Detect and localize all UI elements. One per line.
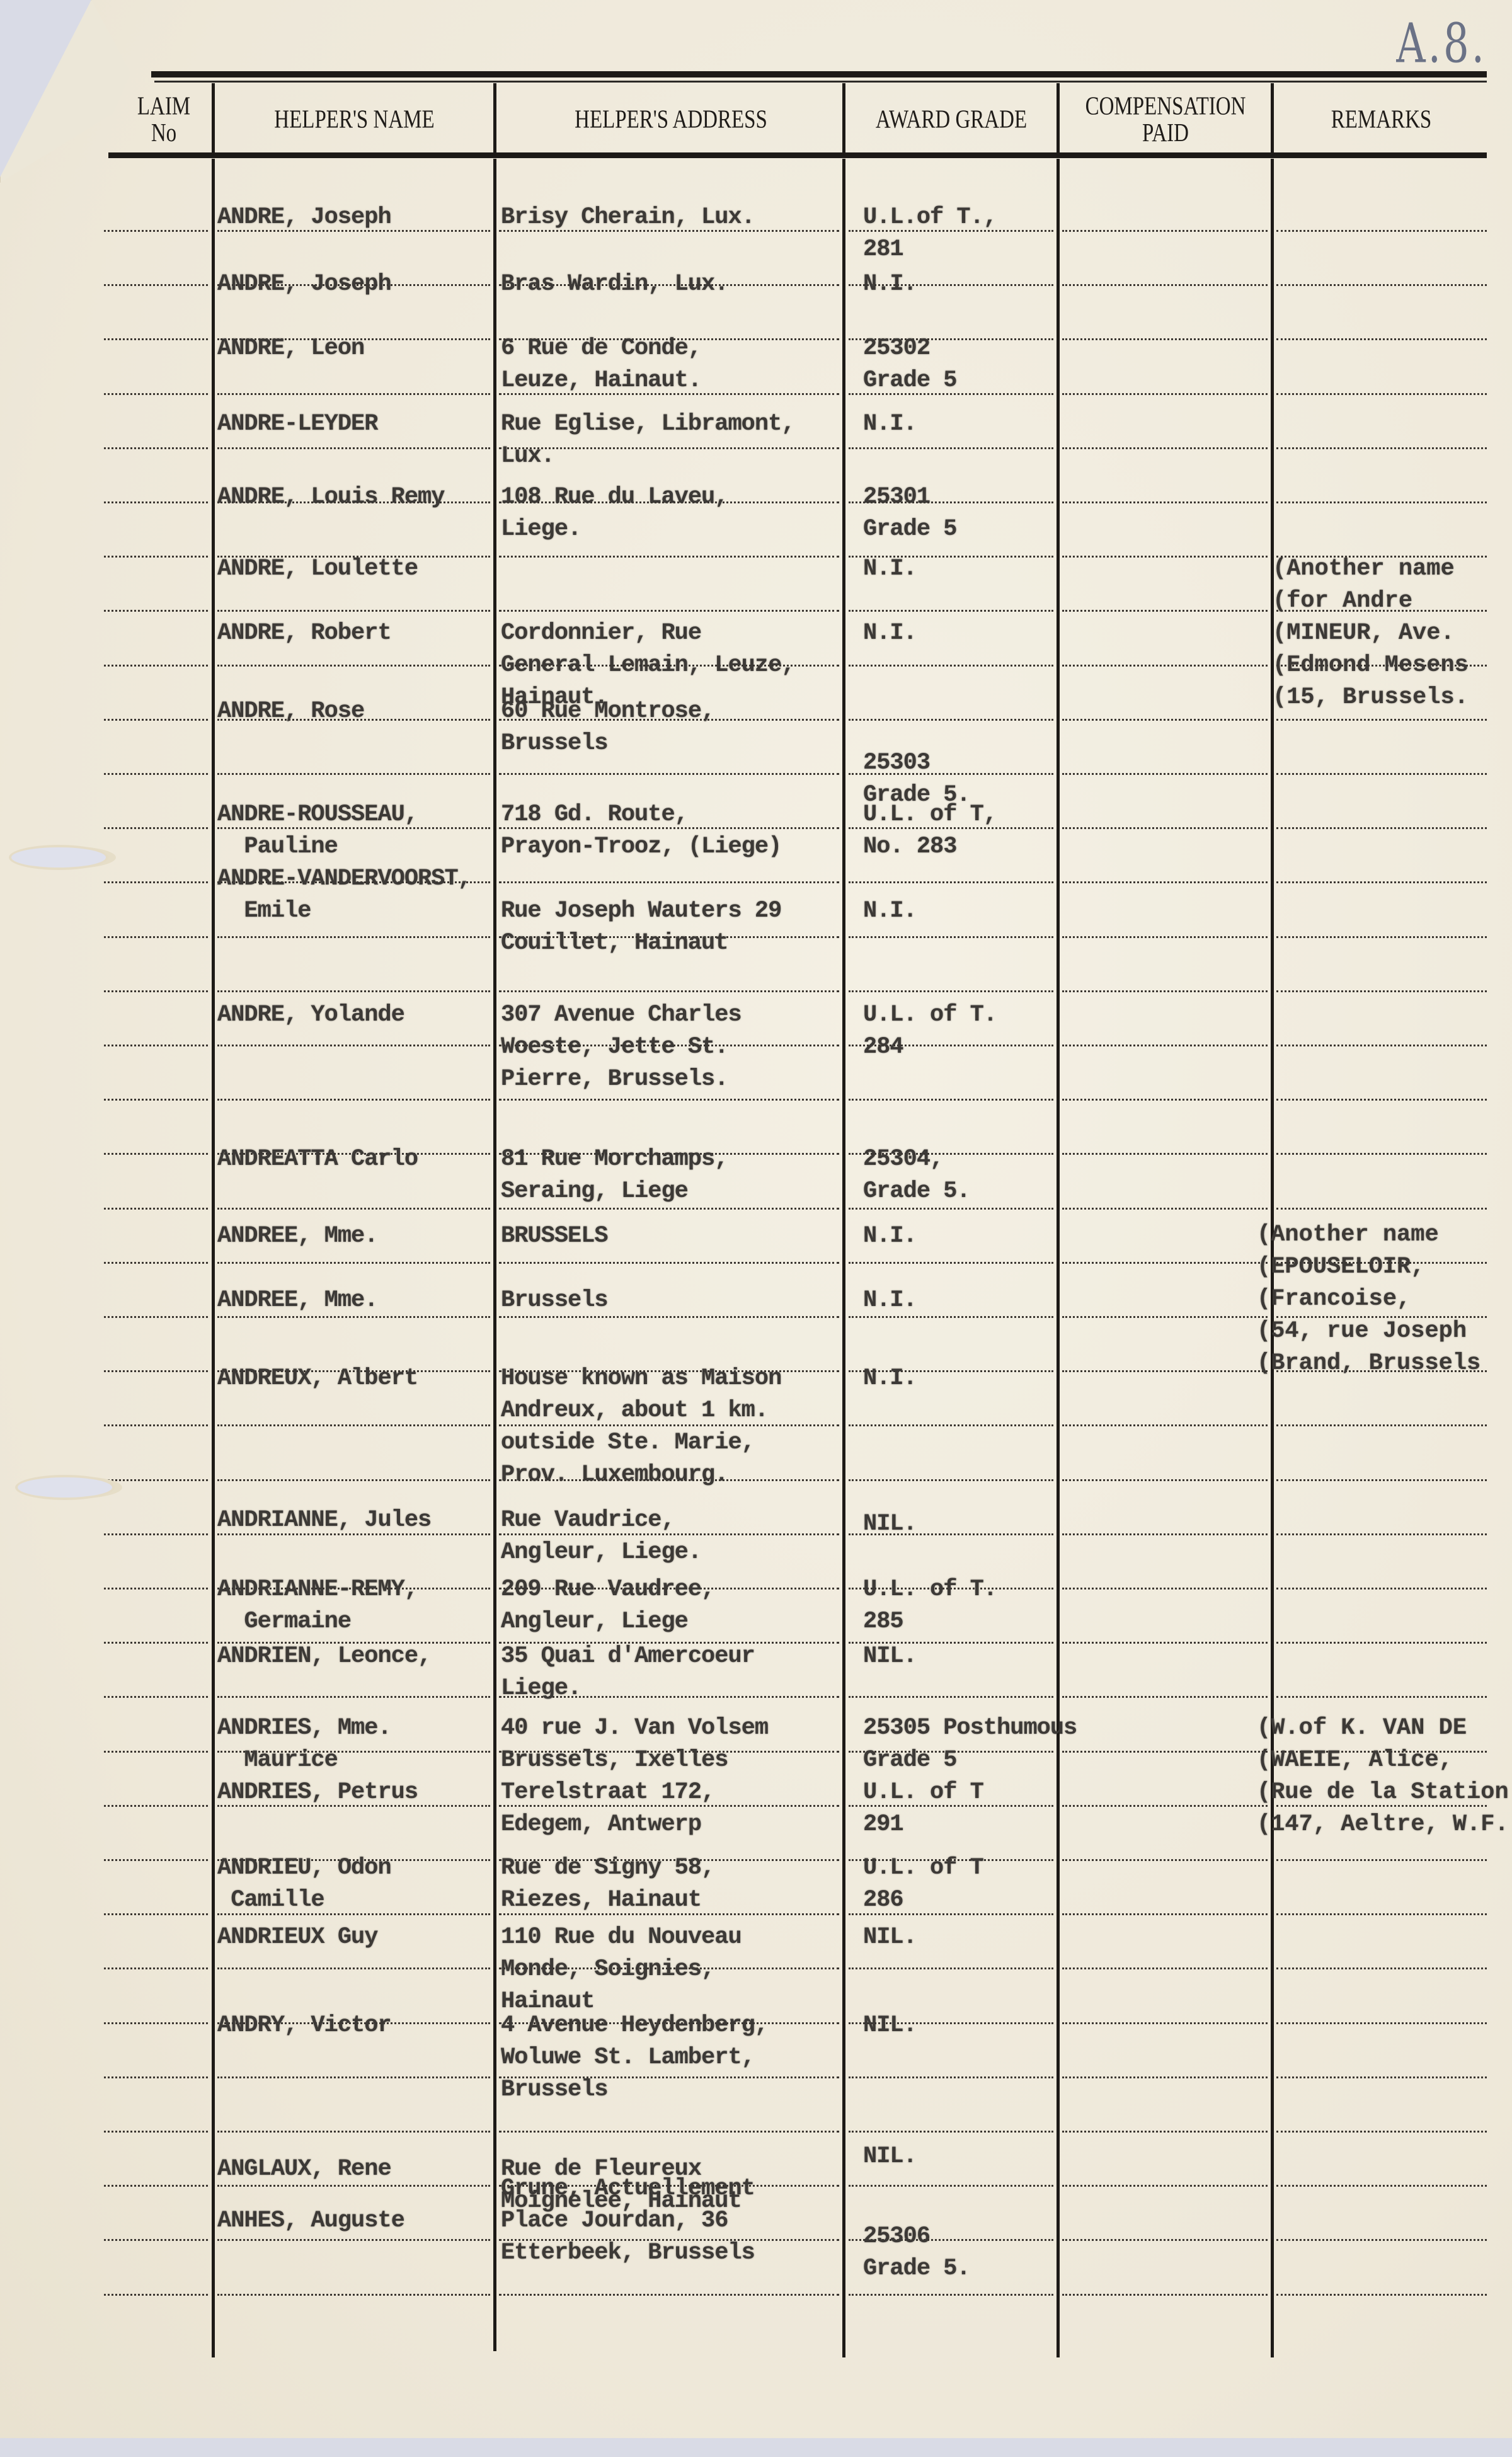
ruled-line xyxy=(849,881,1053,883)
award-grade: N.I. xyxy=(863,553,917,585)
ruled-line xyxy=(1276,881,1487,883)
ruled-line xyxy=(104,1153,208,1155)
award-grade: N.I. xyxy=(863,408,917,440)
ruled-line xyxy=(1062,2294,1268,2296)
helper-name: ANDRE-ROUSSEAU, xyxy=(217,799,418,831)
ruled-line xyxy=(1062,1370,1268,1372)
helper-address: Grune, Actuellement xyxy=(501,2173,755,2205)
award-grade: Grade 5 xyxy=(863,513,956,546)
ruled-line xyxy=(104,1859,208,1861)
ruled-line xyxy=(217,1424,490,1426)
helper-address: 6 Rue de Conde, xyxy=(501,333,701,365)
helper-name: ANDRIANNE, Jules xyxy=(217,1504,431,1537)
ruled-line xyxy=(1276,2294,1487,2296)
ruled-line xyxy=(104,447,208,449)
helper-address: Edegem, Antwerp xyxy=(501,1809,701,1841)
ruled-line xyxy=(1276,1099,1487,1101)
award-grade: N.I. xyxy=(863,617,917,650)
ruled-line xyxy=(217,1696,490,1698)
ruled-line xyxy=(1062,665,1268,667)
ruled-line xyxy=(499,556,839,558)
ruled-line xyxy=(104,1967,208,1969)
ruled-line xyxy=(104,1424,208,1426)
award-grade: 291 xyxy=(863,1809,903,1841)
award-grade: 25305 Posthumous xyxy=(863,1712,1077,1744)
punch-hole-bottom xyxy=(18,1477,112,1498)
helper-address: Liege. xyxy=(501,1673,581,1705)
helper-name: ANDRE, Rose xyxy=(217,696,364,728)
award-grade: Grade 5. xyxy=(863,1176,970,1208)
ruled-line xyxy=(849,1424,1053,1426)
ruled-line xyxy=(1276,1153,1487,1155)
award-grade: NIL. xyxy=(863,2010,917,2042)
ruled-line xyxy=(104,881,208,883)
ruled-line xyxy=(849,990,1053,992)
award-grade: U.L. of T. xyxy=(863,999,997,1031)
helper-address: Liege. xyxy=(501,513,581,546)
ruled-line xyxy=(104,2239,208,2241)
ruled-line xyxy=(1062,1913,1268,1915)
helper-address: Lux. xyxy=(501,440,554,472)
helper-name: ANDRE, Joseph xyxy=(217,202,391,234)
award-grade: No. 283 xyxy=(863,831,956,863)
helper-name: ANDREATTA Carlo xyxy=(217,1143,418,1176)
ruled-line xyxy=(1062,1208,1268,1210)
ruled-line xyxy=(1062,501,1268,503)
helper-name: ANDREE, Mme. xyxy=(217,1285,377,1317)
award-grade: Grade 5. xyxy=(863,2253,970,2285)
ruled-line xyxy=(1062,610,1268,612)
ruled-line xyxy=(1062,1751,1268,1753)
helper-address: Prayon-Trooz, (Liege) xyxy=(501,831,781,863)
ruled-line xyxy=(104,1370,208,1372)
ruled-line xyxy=(1062,1967,1268,1969)
helper-name: ANDRE-VANDERVOORST, xyxy=(217,863,471,895)
ruled-line xyxy=(104,990,208,992)
ruled-line xyxy=(1062,990,1268,992)
ruled-line xyxy=(217,2239,490,2241)
header-divider-2 xyxy=(493,83,496,152)
ruled-line xyxy=(217,1967,490,1969)
helper-name: ANDRE, Robert xyxy=(217,617,391,650)
ruled-line xyxy=(1276,2185,1487,2187)
remark-line: (15, Brussels. xyxy=(1273,682,1469,714)
helper-name: ANHES, Auguste xyxy=(217,2205,404,2237)
helper-address: 4 Avenue Heydenberg, xyxy=(501,2010,768,2042)
ruled-line xyxy=(1062,1588,1268,1589)
ruled-line xyxy=(849,719,1053,721)
ruled-line xyxy=(1276,1479,1487,1481)
helper-address: 35 Quai d'Amercoeur xyxy=(501,1641,755,1673)
ruled-line xyxy=(104,230,208,232)
ruled-line xyxy=(217,990,490,992)
ruled-line xyxy=(104,2131,208,2133)
helper-address: Couillet, Hainaut xyxy=(501,927,728,959)
page-number: A.8. xyxy=(1396,13,1487,76)
ruled-line xyxy=(499,2131,839,2133)
ruled-line xyxy=(1062,2131,1268,2133)
helper-name: ANDRE, Joseph xyxy=(217,268,391,301)
ruled-line xyxy=(217,2294,490,2296)
ruled-line xyxy=(849,1262,1053,1264)
helper-name: ANDRY, Victor xyxy=(217,2010,391,2042)
award-grade: 25306 xyxy=(863,2221,930,2253)
helper-address: 209 Rue Vaudree, xyxy=(501,1574,714,1606)
ruled-line xyxy=(1276,1859,1487,1861)
remark-line: (Another name xyxy=(1273,553,1455,585)
ruled-line xyxy=(1062,1316,1268,1318)
award-grade: NIL. xyxy=(863,1921,917,1954)
body-divider-2 xyxy=(493,159,496,2351)
ruled-line xyxy=(104,1208,208,1210)
ruled-line xyxy=(849,610,1053,612)
ruled-line xyxy=(1062,1805,1268,1807)
remark-line: (147, Aeltre, W.F. xyxy=(1257,1809,1509,1841)
ruled-line xyxy=(849,1479,1053,1481)
ruled-line xyxy=(1062,556,1268,558)
helper-address: 108 Rue du Laveu, xyxy=(501,481,728,513)
award-grade: N.I. xyxy=(863,1363,917,1395)
helper-address: Terelstraat 172, xyxy=(501,1777,714,1809)
ruled-line xyxy=(499,773,839,775)
ruled-line xyxy=(104,610,208,612)
remark-line: (54, rue Joseph xyxy=(1257,1315,1467,1348)
ruled-line xyxy=(1062,1642,1268,1644)
column-header-address: HELPER'S ADDRESS xyxy=(498,76,844,163)
ruled-line xyxy=(499,610,839,612)
ruled-line xyxy=(499,1208,839,1210)
ruled-line xyxy=(1276,719,1487,721)
ruled-line xyxy=(217,393,490,395)
helper-name: ANDRE, Yolande xyxy=(217,999,404,1031)
ruled-line xyxy=(1276,393,1487,395)
helper-address: Bras Wardin, Lux. xyxy=(501,268,728,301)
helper-address: Seraing, Liege xyxy=(501,1176,688,1208)
ruled-line xyxy=(1276,990,1487,992)
helper-address: Place Jourdan, 36 xyxy=(501,2205,728,2237)
column-header-compensation-label: COMPENSATION xyxy=(1085,93,1246,120)
helper-address: Angleur, Liege xyxy=(501,1606,688,1638)
column-header-remarks-label: REMARKS xyxy=(1331,106,1432,134)
remark-line: (Another name xyxy=(1257,1219,1439,1251)
ruled-line xyxy=(1062,230,1268,232)
ruled-line xyxy=(104,1805,208,1807)
helper-address: Cordonnier, Rue xyxy=(501,617,701,650)
award-grade: 25303 xyxy=(863,747,930,779)
ruled-line xyxy=(217,665,490,667)
column-header-address-label: HELPER'S ADDRESS xyxy=(575,106,767,134)
ruled-line xyxy=(1062,773,1268,775)
ruled-line xyxy=(1276,230,1487,232)
ruled-line xyxy=(1062,1045,1268,1046)
column-header-claim-no: LAIM No xyxy=(123,76,205,163)
ruled-line xyxy=(1062,338,1268,340)
ruled-line xyxy=(1276,2131,1487,2133)
ruled-line xyxy=(1276,2239,1487,2241)
award-grade: 25304, xyxy=(863,1143,943,1176)
award-grade: 284 xyxy=(863,1031,903,1063)
helper-address: 718 Gd. Route, xyxy=(501,799,688,831)
ruled-line xyxy=(849,447,1053,449)
column-header-claim-label: LAIM xyxy=(137,93,190,120)
ruled-line xyxy=(1062,1479,1268,1481)
remark-line: (Edmond Mesens xyxy=(1273,650,1469,682)
helper-address: Angleur, Liege. xyxy=(501,1537,701,1569)
ruled-line xyxy=(1062,719,1268,721)
helper-address: 40 rue J. Van Volsem xyxy=(501,1712,768,1744)
ruled-line xyxy=(1062,936,1268,938)
ruled-line xyxy=(104,1533,208,1535)
ruled-line xyxy=(1062,881,1268,883)
award-grade: U.L.of T., xyxy=(863,202,997,234)
ruled-line xyxy=(1062,1859,1268,1861)
remark-line: (MINEUR, Ave. xyxy=(1273,617,1455,650)
award-grade: N.I. xyxy=(863,268,917,301)
ruled-line xyxy=(217,1099,490,1101)
ruled-line xyxy=(104,556,208,558)
ruled-line xyxy=(1276,827,1487,829)
ruled-line xyxy=(104,338,208,340)
ruled-line xyxy=(104,2294,208,2296)
ruled-line xyxy=(104,1479,208,1481)
helper-address: BRUSSELS xyxy=(501,1220,608,1252)
ruled-line xyxy=(104,1751,208,1753)
helper-name: Maurice xyxy=(217,1744,338,1777)
helper-address: Rue Vaudrice, xyxy=(501,1504,675,1537)
ruled-line xyxy=(104,936,208,938)
column-header-award: AWARD GRADE xyxy=(847,76,1055,163)
award-grade: N.I. xyxy=(863,895,917,927)
award-grade: N.I. xyxy=(863,1220,917,1252)
helper-name: Germaine xyxy=(217,1606,351,1638)
helper-address: Brussels xyxy=(501,728,608,760)
remark-line: (Brand, Brussels xyxy=(1257,1348,1480,1380)
helper-name: ANDREE, Mme. xyxy=(217,1220,377,1252)
helper-address: 81 Rue Morchamps, xyxy=(501,1143,728,1176)
ruled-line xyxy=(104,827,208,829)
body-divider-1 xyxy=(212,159,215,2357)
ruled-line xyxy=(499,990,839,992)
ruled-line xyxy=(104,665,208,667)
ruled-line xyxy=(217,447,490,449)
helper-address: 60 Rue Montrose, xyxy=(501,696,714,728)
helper-address: Rue de Signy 58, xyxy=(501,1852,714,1884)
ruled-line xyxy=(217,936,490,938)
ruled-line xyxy=(104,1913,208,1915)
ruled-line xyxy=(1062,447,1268,449)
ruled-line xyxy=(1062,1696,1268,1698)
award-grade: Grade 5 xyxy=(863,365,956,397)
helper-address: Woluwe St. Lambert, xyxy=(501,2042,755,2074)
award-grade: U.L. of T xyxy=(863,1777,983,1809)
helper-name: ANDREUX, Albert xyxy=(217,1363,418,1395)
ruled-line xyxy=(217,1045,490,1046)
column-header-name: HELPER'S NAME xyxy=(214,76,495,163)
ruled-line xyxy=(1062,2239,1268,2241)
column-header-name-label: HELPER'S NAME xyxy=(274,106,434,134)
award-grade: U.L. of T, xyxy=(863,799,997,831)
helper-name: ANDRE-LEYDER xyxy=(217,408,377,440)
helper-name: Emile xyxy=(217,895,311,927)
ruled-line xyxy=(1276,501,1487,503)
helper-address: 307 Avenue Charles xyxy=(501,999,742,1031)
ruled-line xyxy=(1276,2022,1487,2024)
award-grade: NIL. xyxy=(863,2141,917,2173)
header-divider-5 xyxy=(1271,83,1274,152)
ruled-line xyxy=(1276,773,1487,775)
ruled-line xyxy=(1276,1208,1487,1210)
ruled-line xyxy=(104,2185,208,2187)
body-divider-3 xyxy=(842,159,845,2357)
helper-name: Pauline xyxy=(217,831,338,863)
helper-address: Pierre, Brussels. xyxy=(501,1063,728,1096)
award-grade: U.L. of T xyxy=(863,1852,983,1884)
column-header-award-label: AWARD GRADE xyxy=(876,106,1027,134)
ruled-line xyxy=(1062,1424,1268,1426)
ruled-line xyxy=(104,2022,208,2024)
award-grade: Grade 5 xyxy=(863,1744,956,1777)
ruled-line xyxy=(1062,284,1268,286)
ruled-line xyxy=(217,2131,490,2133)
ruled-line xyxy=(1276,936,1487,938)
remark-line: (WAEIE, Alice, xyxy=(1257,1744,1453,1777)
helper-address: Rue Joseph Wauters 29 xyxy=(501,895,781,927)
ruled-line xyxy=(1062,393,1268,395)
helper-address: Brussels, Ixelles xyxy=(501,1744,728,1777)
helper-address: Etterbeek, Brussels xyxy=(501,2237,755,2269)
helper-address: Andreux, about 1 km. xyxy=(501,1395,768,1427)
remark-line: (Rue de la Station xyxy=(1257,1777,1509,1809)
column-header-no-label: No xyxy=(151,120,176,147)
helper-name: ANDRE, Louis Remy xyxy=(217,481,444,513)
ruled-line xyxy=(217,610,490,612)
remark-line: (for Andre xyxy=(1273,585,1412,617)
award-grade: 25301 xyxy=(863,481,930,513)
ruled-line xyxy=(104,1045,208,1046)
header-divider-1 xyxy=(212,83,215,152)
header-divider-4 xyxy=(1057,83,1060,152)
ruled-line xyxy=(104,1262,208,1264)
remark-line: (Francoise, xyxy=(1257,1283,1411,1315)
ruled-line xyxy=(849,936,1053,938)
ruled-line xyxy=(1276,1913,1487,1915)
ruled-line xyxy=(849,1696,1053,1698)
column-header-remarks: REMARKS xyxy=(1276,76,1487,163)
ruled-line xyxy=(1276,1642,1487,1644)
ruled-line xyxy=(217,1479,490,1481)
ruled-line xyxy=(849,1208,1053,1210)
ruled-line xyxy=(849,2185,1053,2187)
ruled-line xyxy=(217,2076,490,2078)
helper-address: Rue Eglise, Libramont, xyxy=(501,408,794,440)
ruled-line xyxy=(1062,1262,1268,1264)
ruled-line xyxy=(1276,1045,1487,1046)
helper-name: ANGLAUX, Rene xyxy=(217,2153,391,2185)
helper-name: ANDRIES, Petrus xyxy=(217,1777,418,1809)
ruled-line xyxy=(104,284,208,286)
ruled-line xyxy=(217,1262,490,1264)
ruled-line xyxy=(104,1642,208,1644)
ruled-line xyxy=(1062,1533,1268,1535)
remark-line: (W.of K. VAN DE xyxy=(1257,1712,1467,1744)
ruled-line xyxy=(1276,1424,1487,1426)
ruled-line xyxy=(1276,1967,1487,1969)
helper-address: Brussels xyxy=(501,2074,608,2106)
column-header-compensation: COMPENSATION PAID xyxy=(1062,76,1269,163)
helper-address: 110 Rue du Nouveau xyxy=(501,1921,742,1954)
ruled-line xyxy=(104,501,208,503)
award-grade: 286 xyxy=(863,1884,903,1916)
ruled-line xyxy=(1062,1153,1268,1155)
ruled-line xyxy=(217,773,490,775)
ruled-line xyxy=(104,2076,208,2078)
ruled-line xyxy=(104,773,208,775)
ruled-line xyxy=(499,1262,839,1264)
ruled-line xyxy=(104,1099,208,1101)
ruled-line xyxy=(1276,338,1487,340)
award-grade: 25302 xyxy=(863,333,930,365)
ruled-line xyxy=(849,1099,1053,1101)
ruled-line xyxy=(1276,447,1487,449)
helper-name: ANDRE, Loulette xyxy=(217,553,418,585)
column-header-paid-label: PAID xyxy=(1142,120,1189,147)
ruled-line xyxy=(499,881,839,883)
ruled-line xyxy=(104,393,208,395)
helper-address: Prov. Luxembourg. xyxy=(501,1459,728,1491)
ruled-line xyxy=(499,1099,839,1101)
ruled-line xyxy=(849,665,1053,667)
helper-address: outside Ste. Marie, xyxy=(501,1427,755,1459)
helper-address: House known as Maison xyxy=(501,1363,781,1395)
ruled-line xyxy=(1062,2185,1268,2187)
helper-address: Leuze, Hainaut. xyxy=(501,365,701,397)
ruled-line xyxy=(1276,1588,1487,1589)
ruled-line xyxy=(1062,2022,1268,2024)
helper-name: ANDRIES, Mme. xyxy=(217,1712,391,1744)
award-grade: 281 xyxy=(863,234,903,266)
ruled-line xyxy=(1276,284,1487,286)
ruled-line xyxy=(1062,1099,1268,1101)
helper-name: ANDRIEU, Odon xyxy=(217,1852,391,1884)
remark-line: (EPOUSELOIR, xyxy=(1257,1251,1424,1283)
ruled-line xyxy=(1276,1696,1487,1698)
award-grade: U.L. of T. xyxy=(863,1574,997,1606)
award-grade: 285 xyxy=(863,1606,903,1638)
helper-address: Brussels xyxy=(501,1285,608,1317)
helper-name: ANDRE, Leon xyxy=(217,333,364,365)
ruled-line xyxy=(217,1208,490,1210)
ruled-line xyxy=(1062,827,1268,829)
helper-address: Brisy Cherain, Lux. xyxy=(501,202,755,234)
helper-name: Camille xyxy=(217,1884,324,1916)
ruled-line xyxy=(1276,2076,1487,2078)
ruled-line xyxy=(104,1316,208,1318)
ruled-line xyxy=(104,719,208,721)
award-grade: NIL. xyxy=(863,1641,917,1673)
helper-address: Monde, Soignies, xyxy=(501,1954,714,1986)
helper-address: Woeste, Jette St. xyxy=(501,1031,728,1063)
ruled-line xyxy=(499,2294,839,2296)
ledger-page: A.8. LAIM No HELPER'S NAME HELPER'S ADDR… xyxy=(0,0,1512,2438)
helper-address: General Lemain, Leuze, xyxy=(501,650,794,682)
ruled-line xyxy=(849,1967,1053,1969)
ruled-line xyxy=(1062,2076,1268,2078)
body-divider-4 xyxy=(1057,159,1060,2357)
ruled-line xyxy=(849,2294,1053,2296)
award-grade: N.I. xyxy=(863,1285,917,1317)
ruled-line xyxy=(104,1696,208,1698)
helper-name: ANDRIANNE-REMY, xyxy=(217,1574,418,1606)
